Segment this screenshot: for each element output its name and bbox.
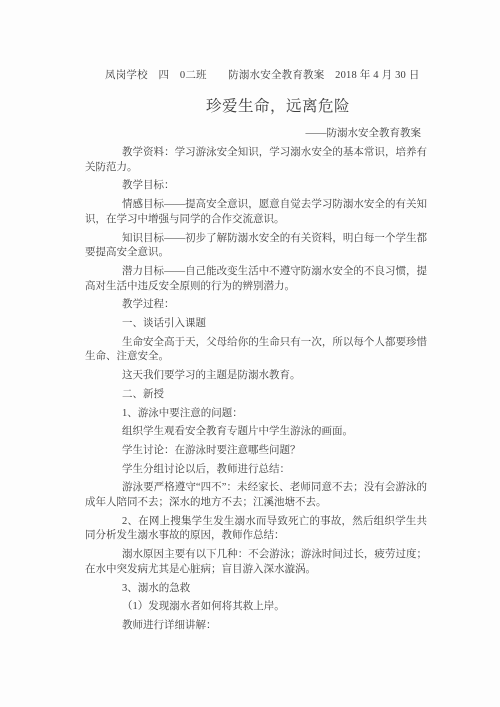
paragraph: 潜力目标——自己能改变生活中不遵守防溺水安全的不良习惯，提高对生活中违反安全原则… <box>85 265 427 294</box>
paragraph: 3、溺水的急救 <box>85 582 427 597</box>
document-header-line: 凤岗学校 四 0二班 防溺水安全教育教案 2018 年 4 月 30 日 <box>105 69 500 83</box>
paragraph: 这天我们要学习的主题是防溺水教育。 <box>85 369 427 384</box>
paragraph: 知识目标——初步了解防溺水安全的有关资料，明白每一个学生都要提高安全意识。 <box>85 232 427 261</box>
document-byline: ——防溺水安全教育教案 <box>85 127 427 141</box>
paragraph: 学生分组讨论以后，教师进行总结： <box>85 463 427 478</box>
paragraph: 教学过程： <box>85 298 427 313</box>
paragraph: 教学资料：学习游泳安全知识，学习溺水安全的基本常识，培养有关防范力。 <box>85 146 427 175</box>
paragraph: 二、新授 <box>85 388 427 403</box>
paragraph: （1）发现溺水者如何将其救上岸。 <box>85 600 427 615</box>
paragraph: 情感目标——提高安全意识，愿意自觉去学习防溺水安全的有关知识，在学习中增强与同学… <box>85 198 427 227</box>
paragraph: 生命安全高于天，父母给你的生命只有一次，所以每个人都要珍惜生命、注意安全。 <box>85 336 427 365</box>
document-title: 珍爱生命，远离危险 <box>85 97 449 117</box>
paragraph: 教师进行详细讲解： <box>85 619 427 634</box>
paragraph: 游泳要严格遵守“四不”：未经家长、老师同意不去；没有会游泳的成年人陪同不去；深水… <box>85 481 427 510</box>
paragraph: 教学目标： <box>85 179 427 194</box>
paragraph: 2、在网上搜集学生发生溺水而导致死亡的事故，然后组织学生共同分析发生溺水事故的原… <box>85 515 427 544</box>
paragraph: 溺水原因主要有以下几种：不会游泳；游泳时间过长，疲劳过度；在水中突发病尤其是心脏… <box>85 548 427 577</box>
paragraph: 1、游泳中要注意的问题： <box>85 407 427 422</box>
paragraph: 学生讨论：在游泳时要注意哪些问题？ <box>85 444 427 459</box>
paragraph: 组织学生观看安全教育专题片中学生游泳的画面。 <box>85 425 427 440</box>
document-page: 凤岗学校 四 0二班 防溺水安全教育教案 2018 年 4 月 30 日 珍爱生… <box>0 0 500 707</box>
paragraph: 一、谈话引入课题 <box>85 317 427 332</box>
document-body: 教学资料：学习游泳安全知识，学习溺水安全的基本常识，培养有关防范力。 教学目标：… <box>85 146 427 634</box>
